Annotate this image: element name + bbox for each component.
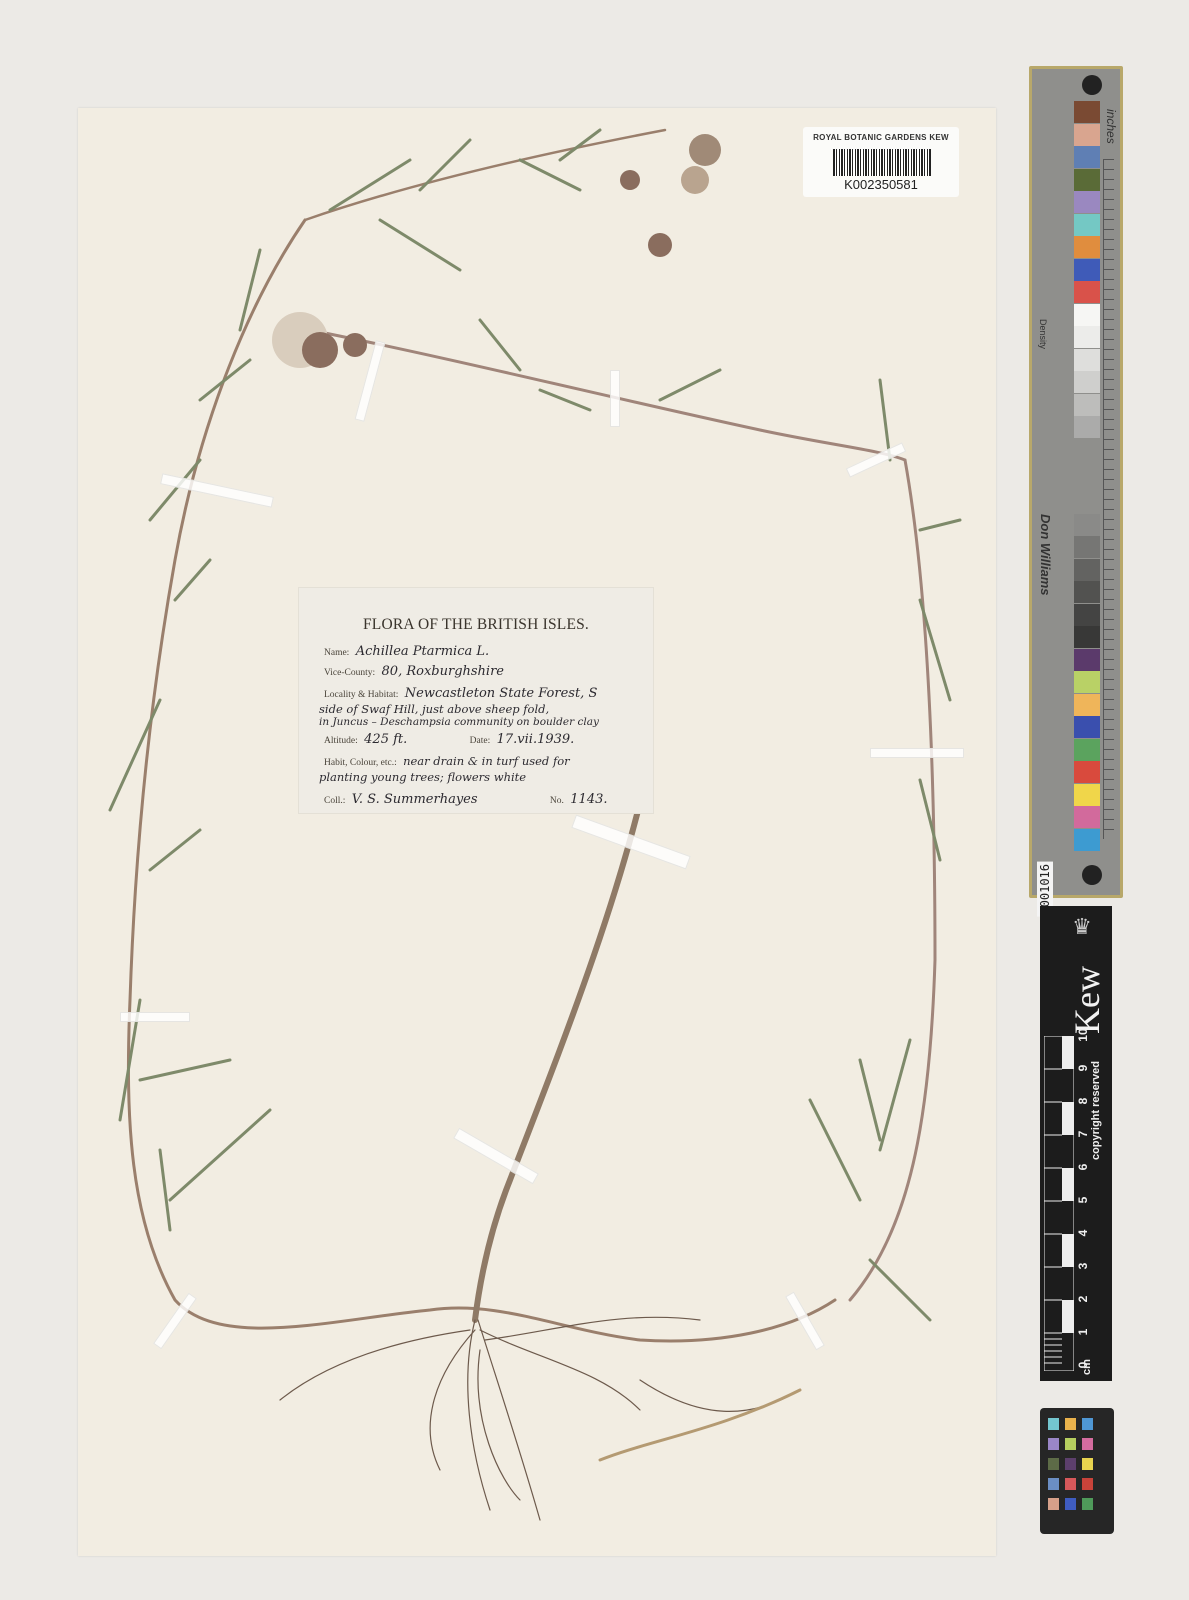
mounting-tape xyxy=(120,1012,190,1022)
name-value: Achillea Ptarmica L. xyxy=(356,644,489,659)
date-label: Date: xyxy=(470,736,491,746)
specimen-label: FLORA OF THE BRITISH ISLES. Name: Achill… xyxy=(298,587,654,814)
color-patch xyxy=(1074,829,1100,851)
color-swatch xyxy=(1082,1498,1093,1510)
habit-value-line1: near drain & in turf used for xyxy=(403,754,570,768)
inch-scale xyxy=(1103,159,1114,839)
color-swatch xyxy=(1065,1458,1076,1470)
kew-scale-ruler: ♛ Kew copyright reserved 012345678910 cm xyxy=(1040,906,1112,1381)
color-patch xyxy=(1074,806,1100,828)
ruler-hole xyxy=(1082,865,1102,885)
cm-number: 7 xyxy=(1076,1127,1090,1141)
color-swatch xyxy=(1048,1478,1059,1490)
altitude-label: Altitude: xyxy=(324,736,358,746)
color-swatch xyxy=(1082,1438,1093,1450)
date-value: 17.vii.1939. xyxy=(497,732,575,747)
color-patch xyxy=(1074,214,1100,236)
habit-label: Habit, Colour, etc.: xyxy=(324,758,397,768)
ruler-hole xyxy=(1082,75,1102,95)
color-patch xyxy=(1074,259,1100,281)
color-patch xyxy=(1074,716,1100,738)
mounting-tape xyxy=(870,748,964,758)
cm-number: 5 xyxy=(1076,1193,1090,1207)
color-patch xyxy=(1074,124,1100,146)
number-label: No. xyxy=(550,796,564,806)
cm-number: 1 xyxy=(1076,1325,1090,1339)
color-swatch xyxy=(1048,1458,1059,1470)
habit-row-2: planting young trees; flowers white xyxy=(319,770,647,784)
color-patch xyxy=(1074,236,1100,258)
color-patch xyxy=(1074,371,1100,393)
color-patch xyxy=(1074,581,1100,603)
cm-scale xyxy=(1044,1036,1074,1371)
kew-logo: Kew xyxy=(1066,966,1108,1034)
kew-crest-icon: ♛ xyxy=(1066,914,1098,954)
mounting-tape xyxy=(610,370,620,427)
color-swatch xyxy=(1048,1498,1059,1510)
copyright-text: copyright reserved xyxy=(1090,1061,1102,1160)
locality-row: Locality & Habitat: Newcastleton State F… xyxy=(324,686,647,701)
cm-number: 4 xyxy=(1076,1226,1090,1240)
color-patch xyxy=(1074,514,1100,536)
color-patch xyxy=(1074,694,1100,716)
color-swatch xyxy=(1082,1418,1093,1430)
inches-label: inches xyxy=(1104,109,1118,144)
color-patch xyxy=(1074,304,1100,326)
vice-county-label: Vice-County: xyxy=(324,668,375,678)
cm-number: 9 xyxy=(1076,1061,1090,1075)
color-patch xyxy=(1074,559,1100,581)
color-patch xyxy=(1074,536,1100,558)
locality-row-3: in Juncus – Deschampsia community on bou… xyxy=(319,716,647,728)
color-swatch xyxy=(1065,1498,1076,1510)
color-checker-card xyxy=(1040,1408,1114,1534)
color-patch xyxy=(1074,394,1100,416)
collector-value: V. S. Summerhayes xyxy=(352,792,478,807)
cm-number: 6 xyxy=(1076,1160,1090,1174)
barcode-label: ROYAL BOTANIC GARDENS KEW K002350581 xyxy=(803,127,959,197)
locality-value-line1: Newcastleton State Forest, S xyxy=(405,686,598,701)
color-swatch xyxy=(1082,1478,1093,1490)
color-patch xyxy=(1074,604,1100,626)
label-title: FLORA OF THE BRITISH ISLES. xyxy=(299,616,653,634)
cm-number: 3 xyxy=(1076,1259,1090,1273)
collector-row: Coll.: V. S. Summerhayes No. 1143. xyxy=(324,792,647,807)
habit-row: Habit, Colour, etc.: near drain & in tur… xyxy=(324,754,647,768)
locality-row-2: side of Swaf Hill, just above sheep fold… xyxy=(319,702,647,716)
collector-label: Coll.: xyxy=(324,796,345,806)
color-patch xyxy=(1074,191,1100,213)
number-value: 1143. xyxy=(570,792,607,807)
color-swatch xyxy=(1065,1478,1076,1490)
ruler-brand: Don Williams xyxy=(1038,514,1053,596)
name-row: Name: Achillea Ptarmica L. xyxy=(324,644,647,659)
color-patch xyxy=(1074,739,1100,761)
altitude-value: 425 ft. xyxy=(364,732,407,747)
vice-county-row: Vice-County: 80, Roxburghshire xyxy=(324,664,647,679)
cm-number: 8 xyxy=(1076,1094,1090,1108)
cm-number: 2 xyxy=(1076,1292,1090,1306)
barcode-bars xyxy=(833,149,931,176)
locality-label: Locality & Habitat: xyxy=(324,690,398,700)
color-patch xyxy=(1074,671,1100,693)
color-patch xyxy=(1074,626,1100,648)
color-patch xyxy=(1074,169,1100,191)
locality-value-line2: side of Swaf Hill, just above sheep fold… xyxy=(319,702,549,716)
locality-value-line3: in Juncus – Deschampsia community on bou… xyxy=(319,716,599,728)
color-swatch xyxy=(1048,1438,1059,1450)
cm-unit-label: cm xyxy=(1081,1361,1093,1375)
cm-number: 10 xyxy=(1076,1028,1090,1042)
name-label: Name: xyxy=(324,648,349,658)
altitude-date-row: Altitude: 425 ft. Date: 17.vii.1939. xyxy=(324,732,647,747)
color-swatch xyxy=(1082,1458,1093,1470)
color-swatch xyxy=(1065,1438,1076,1450)
color-patch xyxy=(1074,281,1100,303)
barcode-number: K002350581 xyxy=(803,177,959,192)
color-patch xyxy=(1074,146,1100,168)
color-patch xyxy=(1074,416,1100,438)
color-patch xyxy=(1074,101,1100,123)
color-swatch xyxy=(1065,1418,1076,1430)
color-calibration-ruler: inches Density Don Williams M001016 xyxy=(1029,66,1123,898)
color-patch xyxy=(1074,784,1100,806)
density-label: Density xyxy=(1038,319,1048,349)
institution-name: ROYAL BOTANIC GARDENS KEW xyxy=(803,133,959,142)
vice-county-value: 80, Roxburghshire xyxy=(382,664,504,679)
color-patch xyxy=(1074,326,1100,348)
color-patch xyxy=(1074,761,1100,783)
color-swatch xyxy=(1048,1418,1059,1430)
color-patch xyxy=(1074,349,1100,371)
color-patch xyxy=(1074,649,1100,671)
habit-value-line2: planting young trees; flowers white xyxy=(319,770,526,784)
